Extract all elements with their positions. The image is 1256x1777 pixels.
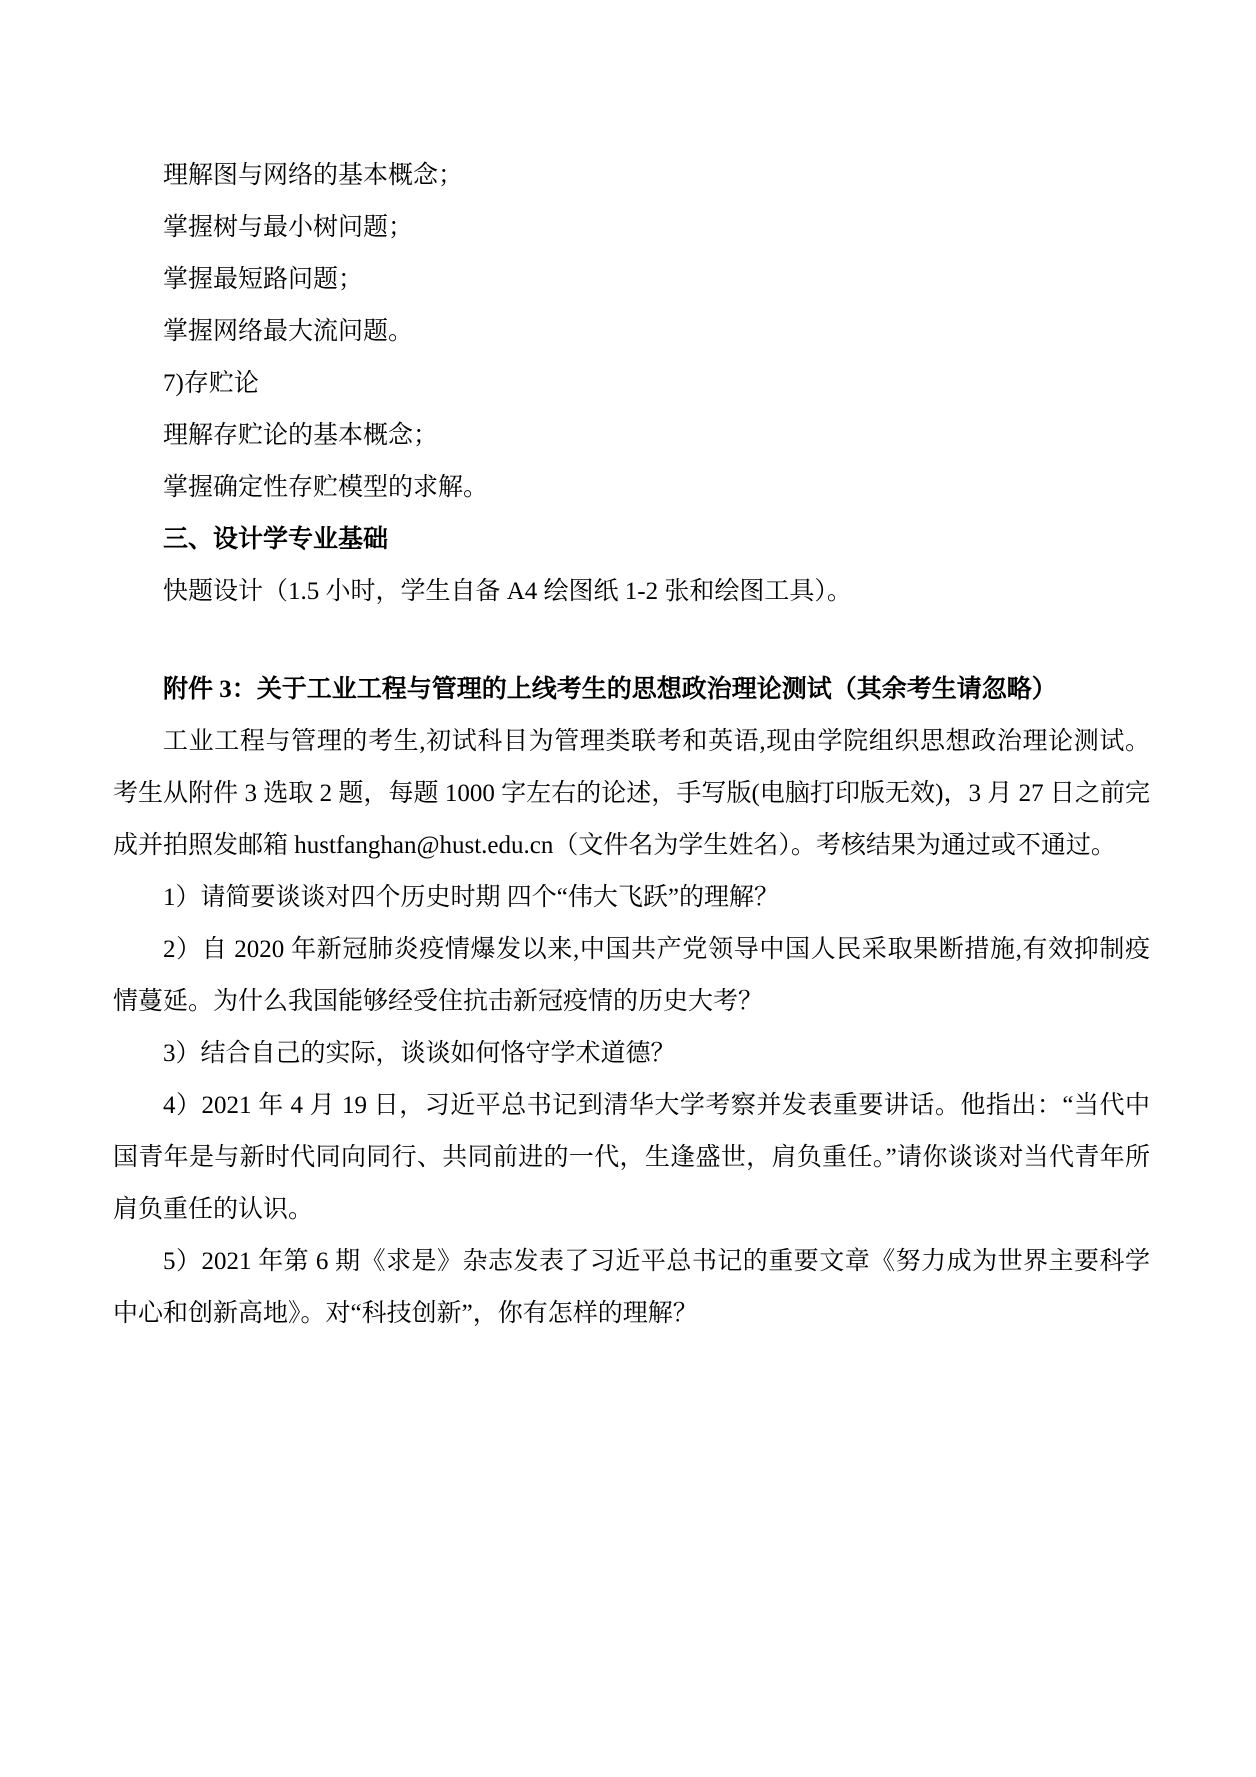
syllabus-line: 理解图与网络的基本概念； (113, 150, 1150, 202)
appendix3-intro: 工业工程与管理的考生,初试科目为管理类联考和英语,现由学院组织思想政治理论测试。… (113, 716, 1150, 872)
syllabus-line-storage-theory: 7)存贮论 (113, 358, 1150, 410)
design-basics-body: 快题设计（1.5 小时，学生自备 A4 绘图纸 1-2 张和绘图工具）。 (113, 566, 1150, 618)
question-item-5: 5）2021 年第 6 期《求是》杂志发表了习近平总书记的重要文章《努力成为世界… (113, 1236, 1150, 1340)
syllabus-line: 掌握最短路问题； (113, 254, 1150, 306)
question-item-3: 3）结合自己的实际，谈谈如何恪守学术道德？ (113, 1028, 1150, 1080)
syllabus-line: 理解存贮论的基本概念； (113, 410, 1150, 462)
design-basics-heading: 三、设计学专业基础 (113, 514, 1150, 566)
syllabus-line: 掌握网络最大流问题。 (113, 306, 1150, 358)
syllabus-line: 掌握树与最小树问题； (113, 202, 1150, 254)
document-page: 理解图与网络的基本概念； 掌握树与最小树问题； 掌握最短路问题； 掌握网络最大流… (0, 0, 1256, 1777)
question-item-1: 1）请简要谈谈对四个历史时期 四个“伟大飞跃”的理解？ (113, 872, 1150, 924)
appendix3-heading: 附件 3：关于工业工程与管理的上线考生的思想政治理论测试（其余考生请忽略） (113, 664, 1150, 716)
document-content: 理解图与网络的基本概念； 掌握树与最小树问题； 掌握最短路问题； 掌握网络最大流… (0, 0, 1256, 1340)
question-item-4: 4）2021 年 4 月 19 日，习近平总书记到清华大学考察并发表重要讲话。他… (113, 1080, 1150, 1236)
syllabus-line: 掌握确定性存贮模型的求解。 (113, 462, 1150, 514)
question-item-2: 2）自 2020 年新冠肺炎疫情爆发以来,中国共产党领导中国人民采取果断措施,有… (113, 924, 1150, 1028)
